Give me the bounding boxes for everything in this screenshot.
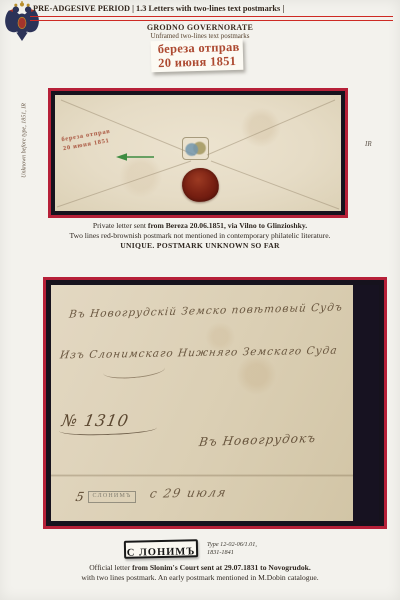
exhibit2-caption-line2: with two lines postmark. An early postma… (0, 573, 400, 583)
slonim-stamp-label: С ЛОНИМЪ (127, 546, 196, 558)
envelope-back: береза отправ 20 июня 1851 (55, 95, 341, 211)
section-title: GRODNO GOVERNORATE (0, 23, 400, 32)
postmark-replica-line2: 20 июня 1851 (158, 54, 243, 70)
exhibit1-caption-line1-bold: from Bereza 20.06.1851, via Vilno to Gli… (148, 221, 307, 230)
type-note-line2: 1831-1841 (207, 549, 257, 557)
arrow-left-icon (116, 152, 156, 162)
exhibit1-caption-line2: Two lines red-brownish postmark not ment… (0, 231, 400, 241)
exhibit1-caption-line1-normal: Private letter sent (93, 221, 148, 230)
manuscript-date: с 29 июля (149, 485, 229, 500)
paper-crease (51, 474, 353, 477)
exhibit1-caption-line3: UNIQUE. POSTMARK UNKNOWN SO FAR (0, 241, 400, 251)
manuscript-rate: 5 (74, 489, 85, 504)
exhibit2-mount: Въ Новогрудскій Земско повѣтовый Судъ Из… (51, 285, 379, 521)
exhibit2-frame: Въ Новогрудскій Земско повѣтовый Судъ Из… (43, 277, 387, 529)
type-note: Type 12-02-06/1.01, 1831-1841 (207, 541, 257, 556)
album-page: PRE-ADGESIVE PERIOD | 1.3 Letters with t… (0, 0, 400, 600)
exhibit2-caption-line1-normal: Official letter (89, 563, 132, 572)
exhibit2-caption: Official letter from Slonim's Court sent… (0, 563, 400, 583)
exhibit2-caption-line1-bold: from Slonim's Court sent at 29.07.1831 t… (132, 563, 311, 572)
embossed-seal (182, 137, 209, 160)
manuscript-destination: Въ Новогрудокъ (198, 431, 317, 449)
margin-initials: IR (365, 140, 372, 148)
exhibit2-caption-line1: Official letter from Slonim's Court sent… (0, 563, 400, 573)
folded-letter: Въ Новогрудскій Земско повѣтовый Судъ Из… (51, 285, 353, 521)
manuscript-address-line1: Въ Новогрудскій Земско повѣтовый Судъ (68, 301, 343, 320)
exhibit1-caption-line1: Private letter sent from Bereza 20.06.18… (0, 221, 400, 231)
exhibit1-caption: Private letter sent from Bereza 20.06.18… (0, 221, 400, 252)
flourish-swash (102, 360, 165, 380)
slonim-strike: СЛОНИМЪ (88, 491, 136, 503)
page-header-title: PRE-ADGESIVE PERIOD | 1.3 Letters with t… (33, 4, 284, 13)
header-rule-top (30, 16, 393, 17)
section-subtitle: Unframed two-lines text postmarks (0, 32, 400, 40)
postmark-replica-card: береза отправ 20 июня 1851 (151, 39, 244, 73)
header-rule-bottom (30, 20, 393, 21)
left-margin-note: Unknown before type, 1851, IR (22, 86, 31, 196)
type-note-line1: Type 12-02-06/1.01, (207, 541, 257, 549)
slonim-stamp-replica: С ЛОНИМЪ (124, 539, 198, 559)
exhibit1-frame: береза отправ 20 июня 1851 (48, 88, 348, 218)
manuscript-address-line2: Изъ Слонимскаго Нижняго Земскаго Суда (59, 345, 338, 362)
